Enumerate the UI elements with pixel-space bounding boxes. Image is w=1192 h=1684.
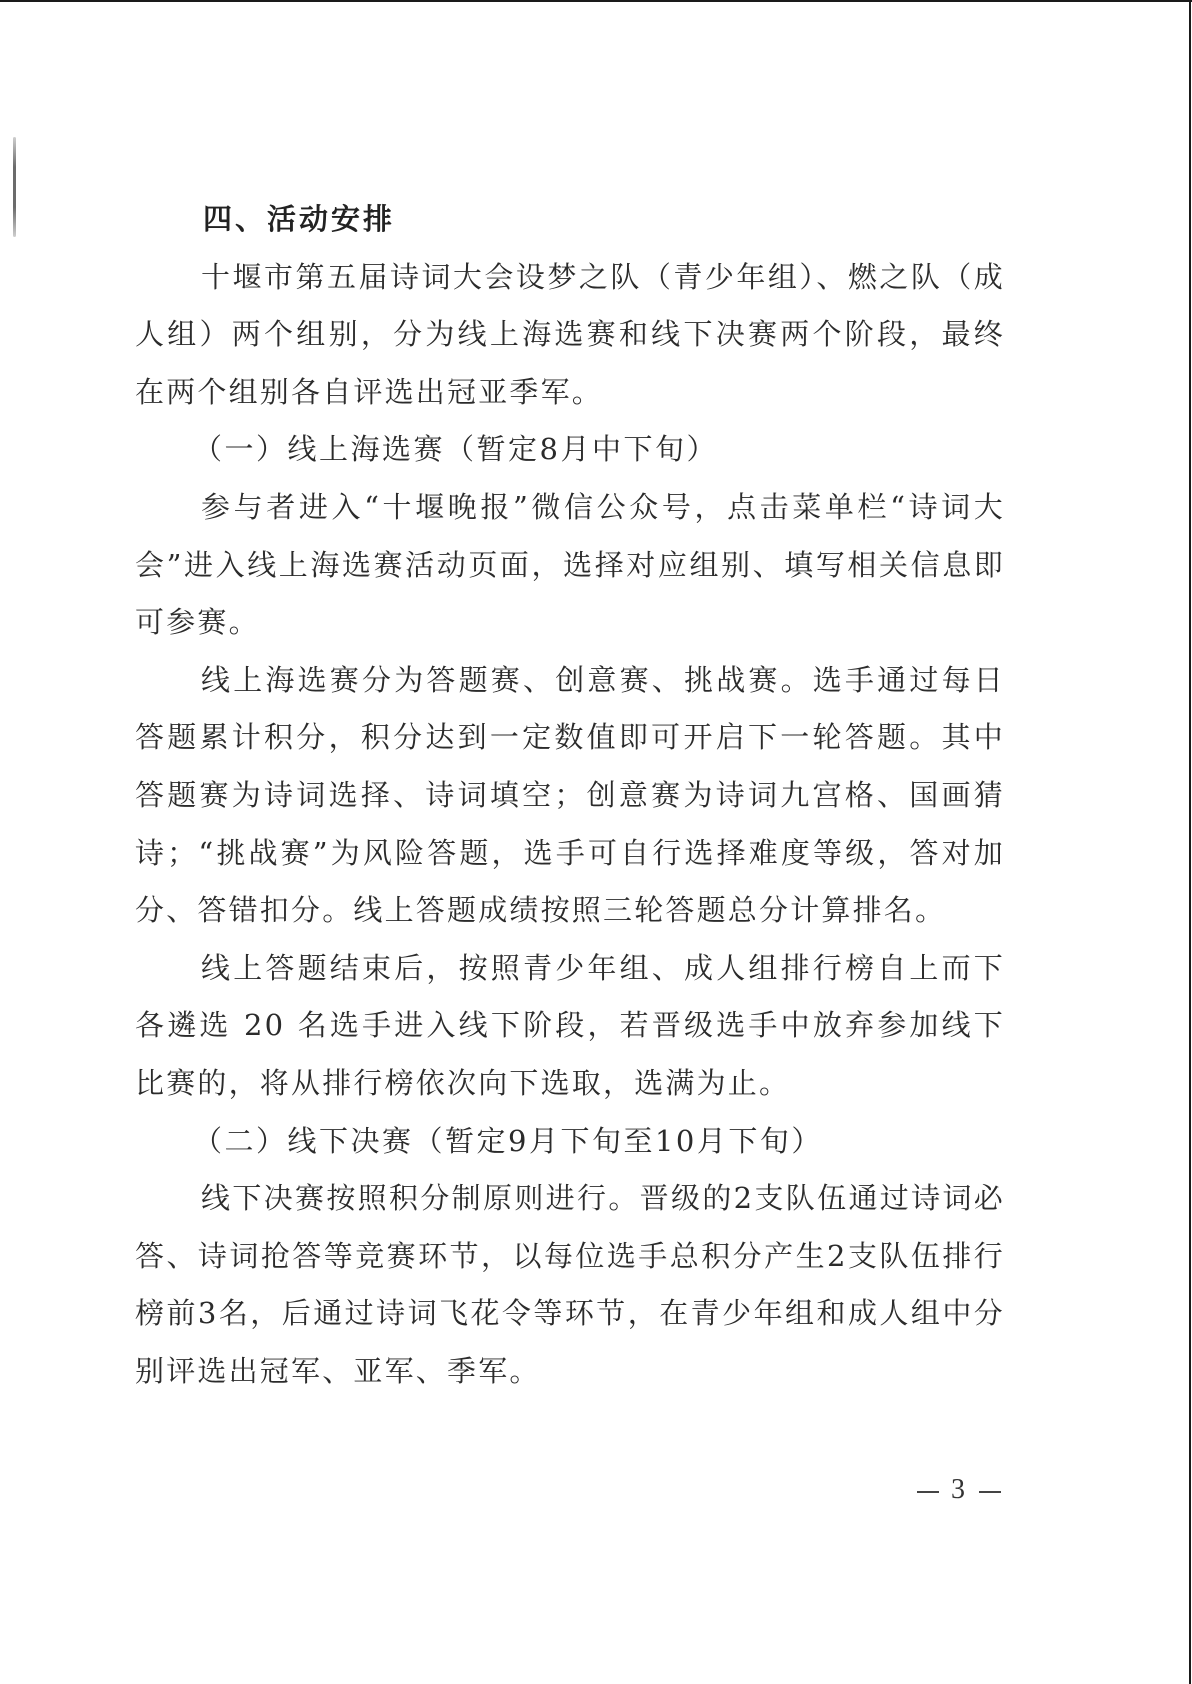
page-number-dash-right (979, 1491, 1001, 1493)
page-edge-right (1189, 0, 1191, 1684)
paragraph-final-rules: 线下决赛按照积分制原则进行。晋级的2支队伍通过诗词必答、诗词抢答等竞赛环节，以每… (135, 1170, 1005, 1400)
subheading-offline-final: （二）线下决赛（暂定9月下旬至10月下旬） (135, 1113, 1005, 1171)
page-number-dash-left (917, 1491, 939, 1493)
section-heading: 四、活动安排 (135, 191, 1005, 249)
page-number-value: 3 (951, 1474, 967, 1505)
scan-binding-mark (13, 137, 16, 237)
document-body: 四、活动安排 十堰市第五届诗词大会设梦之队（青少年组）、燃之队（成人组）两个组别… (135, 191, 1005, 1400)
paragraph-online-rounds: 线上海选赛分为答题赛、创意赛、挑战赛。选手通过每日答题累计积分，积分达到一定数值… (135, 652, 1005, 940)
paragraph-intro: 十堰市第五届诗词大会设梦之队（青少年组）、燃之队（成人组）两个组别，分为线上海选… (135, 249, 1005, 422)
page-number: 3 (905, 1472, 1013, 1508)
page-edge-top (0, 0, 1192, 2)
subheading-online-preliminary: （一）线上海选赛（暂定8月中下旬） (135, 421, 1005, 479)
paragraph-how-to-join: 参与者进入“十堰晚报”微信公众号，点击菜单栏“诗词大会”进入线上海选赛活动页面，… (135, 479, 1005, 652)
paragraph-advancement: 线上答题结束后，按照青少年组、成人组排行榜自上而下各遴选 20 名选手进入线下阶… (135, 940, 1005, 1113)
